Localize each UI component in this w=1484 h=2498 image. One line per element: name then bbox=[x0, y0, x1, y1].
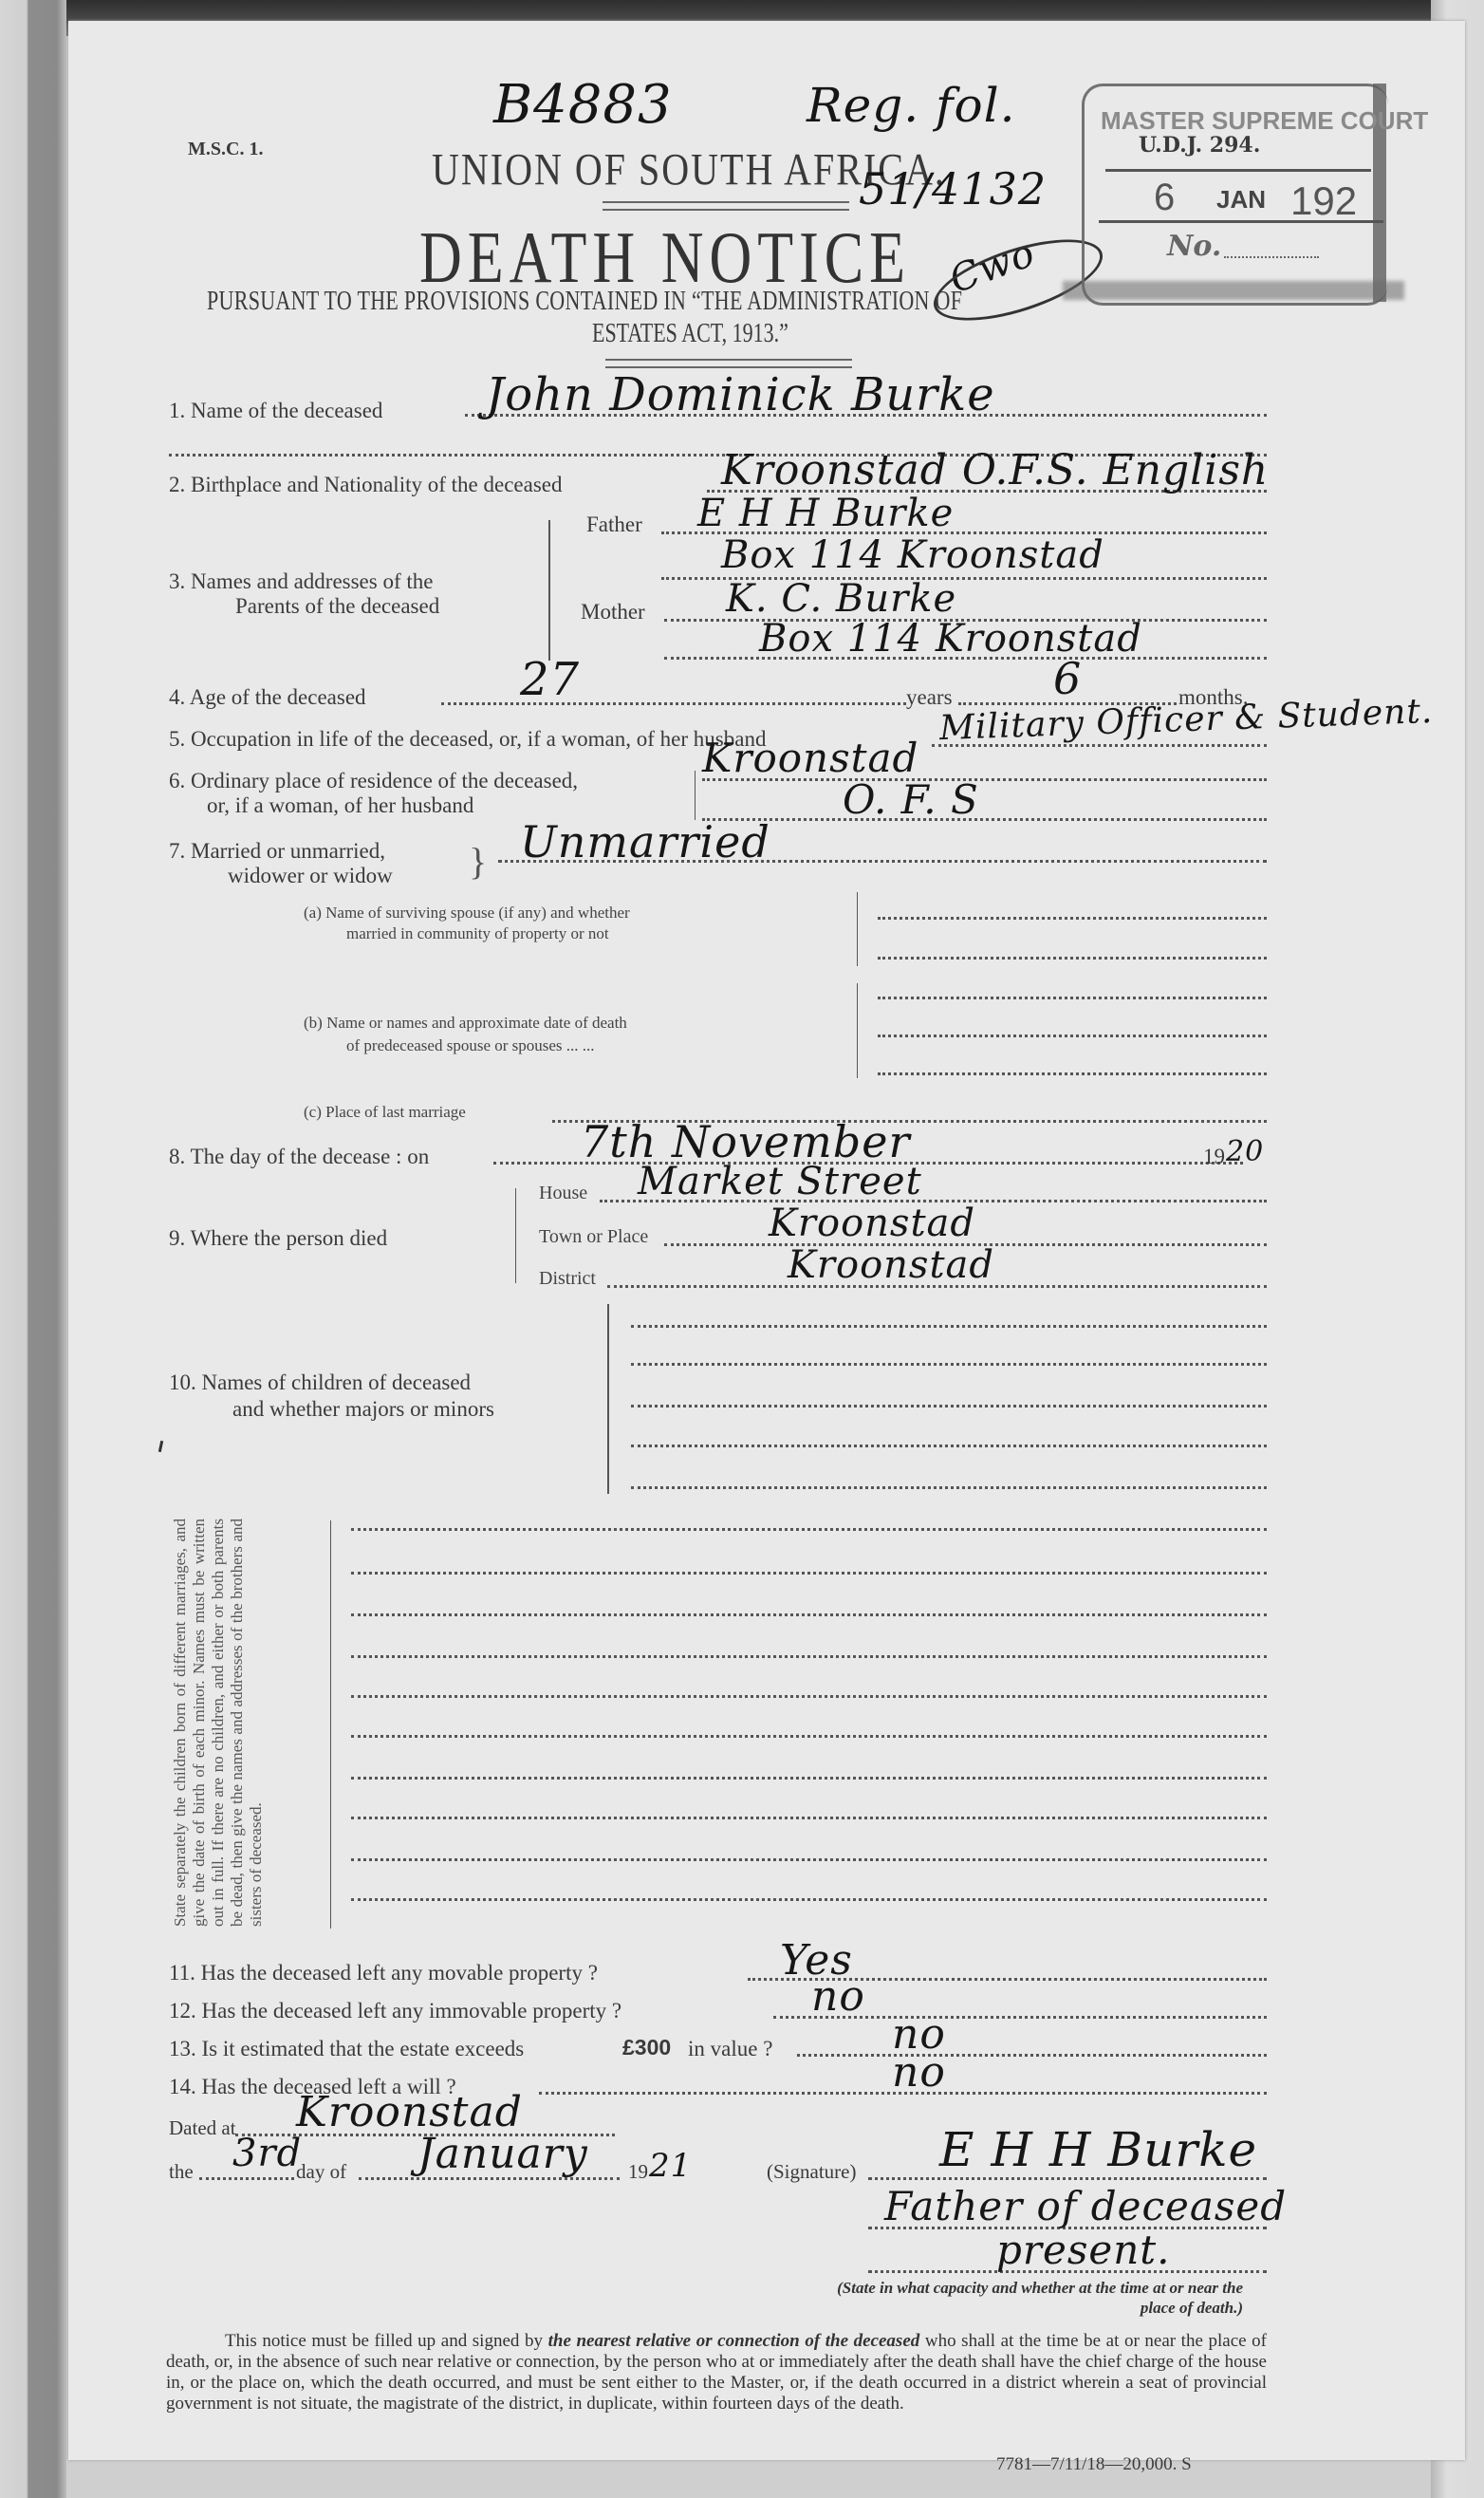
years-label: years bbox=[906, 685, 953, 710]
mother-name[interactable]: K. C. Burke bbox=[726, 577, 956, 621]
decease-year-prefix: 19 bbox=[1203, 1145, 1225, 1169]
stamp-month: JAN bbox=[1216, 185, 1266, 214]
marital-value[interactable]: Unmarried bbox=[520, 816, 770, 867]
marital-label-1: 7. Married or unmarried, bbox=[169, 839, 385, 864]
footer-text-1: This notice must be filled up and signed… bbox=[225, 2331, 548, 2351]
children-line-2 bbox=[631, 1363, 1267, 1366]
birthplace-value[interactable]: Kroonstad O.F.S. English bbox=[721, 446, 1269, 494]
age-label: 4. Age of the deceased bbox=[169, 685, 366, 710]
residence-brace bbox=[695, 771, 696, 820]
spouse-c-label: (c) Place of last marriage bbox=[304, 1103, 466, 1122]
subtitle-line-2: ESTATES ACT, 1913.” bbox=[592, 317, 788, 349]
children-line-1 bbox=[631, 1325, 1267, 1328]
age-years-line bbox=[441, 702, 906, 705]
children-note-brace bbox=[330, 1520, 331, 1929]
residence-line-1-value[interactable]: Kroonstad bbox=[702, 735, 918, 781]
age-months[interactable]: 6 bbox=[1053, 653, 1082, 704]
children-detail-line-8 bbox=[351, 1817, 1267, 1819]
year-suffix[interactable]: 21 bbox=[649, 2147, 692, 2185]
capacity-value-2[interactable]: present. bbox=[996, 2227, 1171, 2273]
residence-line-2-value[interactable]: O. F. S bbox=[843, 776, 979, 823]
children-label-1: 10. Names of children of deceased bbox=[169, 1370, 471, 1395]
day-line bbox=[199, 2177, 294, 2180]
children-detail-line-6 bbox=[351, 1735, 1267, 1738]
estate-amount: £300 bbox=[622, 2035, 671, 2060]
signature-label: (Signature) bbox=[767, 2160, 856, 2184]
children-detail-line-1 bbox=[351, 1528, 1267, 1531]
town-value[interactable]: Kroonstad bbox=[769, 1202, 975, 1245]
handwritten-number: 51/4132 bbox=[859, 163, 1047, 214]
spouse-b-brace bbox=[857, 983, 858, 1078]
children-brace bbox=[607, 1304, 609, 1494]
year-prefix: 19 bbox=[628, 2160, 648, 2184]
place-died-brace bbox=[515, 1188, 516, 1283]
header-rule bbox=[603, 201, 849, 211]
district-value[interactable]: Kroonstad bbox=[788, 1243, 994, 1287]
children-label-2: and whether majors or minors bbox=[232, 1397, 494, 1422]
day-value[interactable]: 3rd bbox=[232, 2132, 302, 2175]
residence-label-1: 6. Ordinary place of residence of the de… bbox=[169, 769, 578, 793]
children-detail-line-5 bbox=[351, 1695, 1267, 1698]
the-label: the bbox=[169, 2160, 194, 2184]
spouse-b-label-2: of predeceased spouse or spouses ... ... bbox=[346, 1036, 595, 1055]
children-line-5 bbox=[631, 1486, 1267, 1489]
children-detail-line-3 bbox=[351, 1613, 1267, 1616]
capacity-note: (State in what capacity and whether at t… bbox=[835, 2278, 1243, 2318]
mother-address[interactable]: Box 114 Kroonstad bbox=[759, 617, 1142, 661]
children-detail-line-4 bbox=[351, 1655, 1267, 1658]
birthplace-label: 2. Birthplace and Nationality of the dec… bbox=[169, 473, 562, 497]
signature-value[interactable]: E H H Burke bbox=[939, 2122, 1257, 2177]
footer-text-italic: the nearest relative or connection of th… bbox=[548, 2331, 920, 2351]
place-died-label: 9. Where the person died bbox=[169, 1226, 387, 1251]
spouse-a-label-1: (a) Name of surviving spouse (if any) an… bbox=[304, 904, 630, 923]
parents-label-2: Parents of the deceased bbox=[235, 594, 439, 619]
children-instructions: State separately the children born of di… bbox=[171, 1519, 266, 1927]
immovable-value[interactable]: no bbox=[811, 1972, 865, 2021]
capacity-value-1[interactable]: Father of deceased bbox=[884, 2183, 1287, 2229]
spouse-b-line-1 bbox=[878, 997, 1267, 999]
stamp-no-label: No. bbox=[1167, 230, 1221, 263]
estate-label-pre: 13. Is it estimated that the estate exce… bbox=[169, 2037, 524, 2061]
handwritten-note: Reg. fol. bbox=[807, 78, 1016, 133]
decease-year-suffix[interactable]: 20 bbox=[1226, 1135, 1264, 1168]
father-name[interactable]: E H H Burke bbox=[697, 492, 954, 535]
children-line-3 bbox=[631, 1405, 1267, 1407]
stamp-year: 192 bbox=[1290, 178, 1357, 224]
estate-label-post: in value ? bbox=[688, 2037, 772, 2061]
children-line-4 bbox=[631, 1445, 1267, 1447]
house-label: House bbox=[539, 1183, 587, 1204]
occupation-label: 5. Occupation in life of the deceased, o… bbox=[169, 727, 766, 752]
parents-label-1: 3. Names and addresses of the bbox=[169, 569, 433, 594]
decease-label: 8. The day of the decease : on bbox=[169, 1145, 429, 1169]
stamp-no-line bbox=[1224, 256, 1319, 258]
parents-brace bbox=[548, 520, 550, 661]
father-label: Father bbox=[586, 513, 642, 537]
spouse-a-line-1 bbox=[878, 917, 1267, 920]
subtitle-line-1: PURSUANT TO THE PROVISIONS CONTAINED IN … bbox=[207, 285, 962, 317]
children-detail-line-9 bbox=[351, 1858, 1267, 1861]
stamp-rule-2 bbox=[1099, 220, 1383, 223]
residence-label-2: or, if a woman, of her husband bbox=[207, 793, 473, 818]
immovable-label: 12. Has the deceased left any immovable … bbox=[169, 1999, 621, 2023]
marital-label-2: widower or widow bbox=[228, 864, 393, 888]
house-value[interactable]: Market Street bbox=[638, 1160, 922, 1203]
print-code: 7781—7/11/18—20,000. S bbox=[996, 2454, 1192, 2475]
children-detail-line-10 bbox=[351, 1898, 1267, 1901]
district-label: District bbox=[539, 1268, 596, 1290]
father-address[interactable]: Box 114 Kroonstad bbox=[721, 533, 1104, 577]
estate-line bbox=[797, 2054, 1267, 2057]
signature-line bbox=[868, 2177, 1267, 2180]
footer-instructions: This notice must be filled up and signed… bbox=[166, 2331, 1267, 2414]
spouse-b-line-2 bbox=[878, 1035, 1267, 1037]
month-value[interactable]: January bbox=[417, 2130, 588, 2178]
spouse-b-line-3 bbox=[878, 1072, 1267, 1075]
town-label: Town or Place bbox=[539, 1226, 648, 1248]
subtitle-rule bbox=[605, 359, 852, 368]
spouse-a-line-2 bbox=[878, 957, 1267, 960]
movable-label: 11. Has the deceased left any movable pr… bbox=[169, 1961, 598, 1985]
handwritten-ref: B4883 bbox=[493, 74, 673, 136]
name-value[interactable]: John Dominick Burke bbox=[486, 368, 995, 421]
ref-code: U.D.J. 294. bbox=[1139, 133, 1260, 158]
dated-at-label: Dated at bbox=[169, 2116, 236, 2140]
stamp-line-1: MASTER SUPREME COURT bbox=[1101, 106, 1428, 136]
spouse-a-brace bbox=[857, 892, 858, 966]
spouse-b-label-1: (b) Name or names and approximate date o… bbox=[304, 1014, 627, 1033]
children-detail-line-7 bbox=[351, 1777, 1267, 1780]
children-detail-line-2 bbox=[351, 1572, 1267, 1575]
name-label: 1. Name of the deceased bbox=[169, 399, 382, 423]
mother-label: Mother bbox=[581, 600, 645, 624]
day-of-label: day of bbox=[296, 2160, 346, 2184]
stamp-rule-1 bbox=[1105, 169, 1371, 172]
stamp-smudge bbox=[1063, 281, 1404, 300]
spouse-a-label-2: married in community of property or not bbox=[346, 924, 609, 943]
age-years[interactable]: 27 bbox=[520, 653, 580, 706]
form-code: M.S.C. 1. bbox=[188, 139, 263, 160]
stamp-day: 6 bbox=[1154, 177, 1175, 219]
residence-line-2 bbox=[702, 818, 1267, 821]
marital-brace: } bbox=[469, 839, 487, 884]
scan-left-margin bbox=[0, 0, 66, 2498]
will-value[interactable]: no bbox=[892, 2048, 946, 2097]
